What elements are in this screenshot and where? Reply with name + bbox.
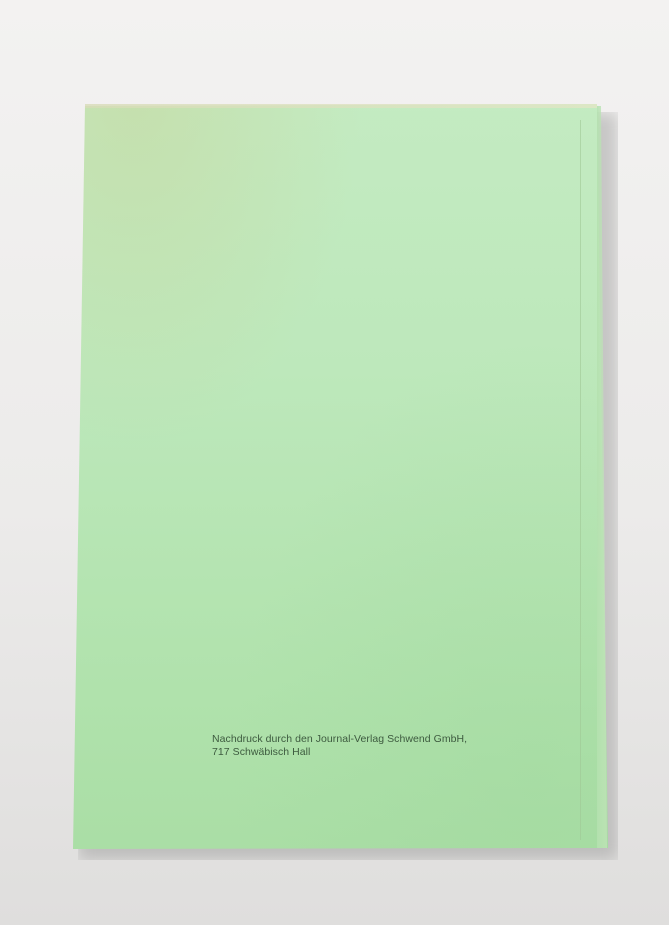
book-back-cover bbox=[0, 0, 669, 925]
imprint-line-2: 717 Schwäbisch Hall bbox=[212, 746, 467, 759]
spine-fold-line bbox=[580, 120, 581, 840]
imprint-line-1: Nachdruck durch den Journal-Verlag Schwe… bbox=[212, 733, 467, 746]
photo-scene: Nachdruck durch den Journal-Verlag Schwe… bbox=[0, 0, 669, 925]
book-top-edge bbox=[85, 104, 597, 108]
publisher-imprint: Nachdruck durch den Journal-Verlag Schwe… bbox=[212, 733, 467, 759]
